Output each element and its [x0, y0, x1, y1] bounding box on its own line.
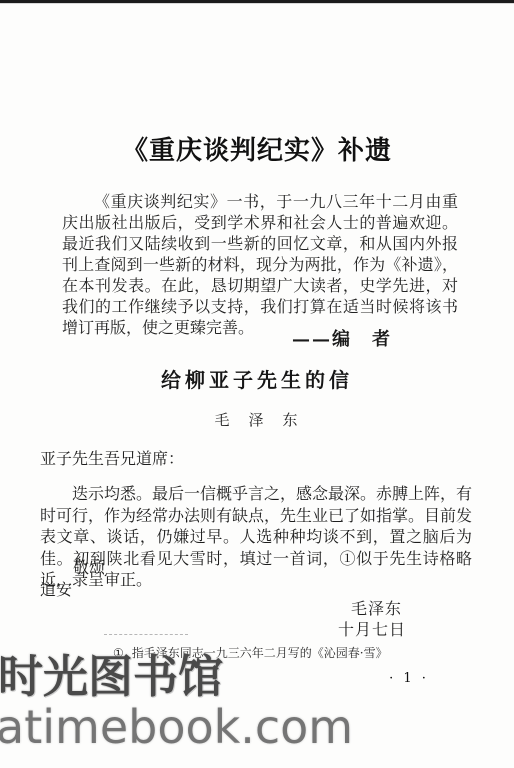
- footnote-separator-rule: [104, 634, 188, 635]
- editor-signoff: ——编 者: [292, 325, 392, 351]
- page-number: · 1 ·: [382, 671, 436, 686]
- scanned-book-page: 《重庆谈判纪实》补遗 《重庆谈判纪实》一书，于一九八三年十二月由重庆出版社出版后…: [0, 0, 514, 768]
- page-top-rule: [0, 0, 514, 4]
- editor-note-paragraph: 《重庆谈判纪实》一书，于一九八三年十二月由重庆出版社出版后，受到学术界和社会人士…: [62, 191, 458, 338]
- page-title: 《重庆谈判纪实》补遗: [0, 130, 514, 167]
- letter-closing-respect: 敬颂: [73, 555, 105, 578]
- watermark-site-domain: atimebook.com: [0, 700, 353, 754]
- letter-title: 给柳亚子先生的信: [0, 364, 514, 393]
- letter-salutation: 亚子先生吾兄道席：: [40, 446, 184, 469]
- letter-signature-date: 十月七日: [338, 617, 406, 640]
- letter-signature-name: 毛泽东: [351, 596, 402, 619]
- watermark-site-name: 时光图书馆: [0, 652, 223, 702]
- letter-closing-wish: 道安: [40, 577, 72, 600]
- letter-author: 毛 泽 东: [0, 409, 514, 430]
